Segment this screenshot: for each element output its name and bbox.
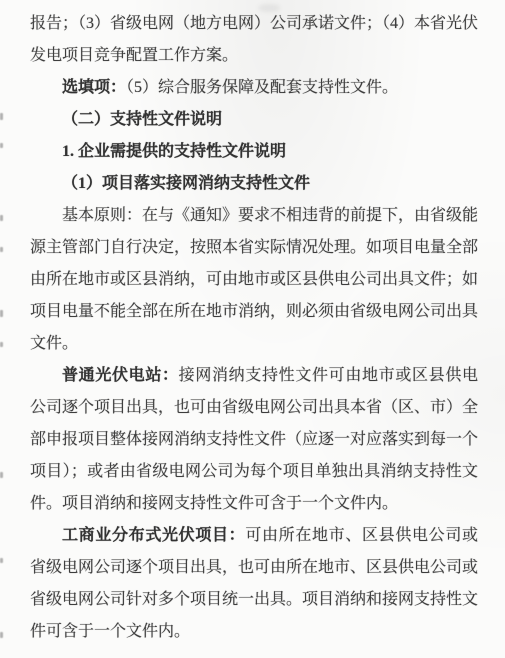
bold-run: （二）支持性文件说明 bbox=[62, 111, 222, 128]
bold-run: 工商业分布式光伏项目： bbox=[62, 527, 245, 544]
text-run: （5）综合服务保障及配套支持性文件。 bbox=[126, 79, 398, 96]
bold-run: （1）项目落实接网消纳支持性文件 bbox=[62, 175, 310, 192]
bold-run: 普通光伏电站： bbox=[62, 367, 179, 384]
body-paragraph-basic-principle: 基本原则：在与《通知》要求不相违背的前提下，由省级能源主管部门自行决定，按照本省… bbox=[30, 200, 478, 360]
optional-items-line: 选填项：（5）综合服务保障及配套支持性文件。 bbox=[30, 72, 478, 104]
body-paragraph-commercial-distributed-pv: 工商业分布式光伏项目：可由所在地市、区县供电公司或省级电网公司逐个项目出具，也可… bbox=[30, 520, 478, 648]
scan-artifact bbox=[0, 632, 3, 638]
text-run: 报告；（3）省级电网（地方电网）公司承诺文件；（4）本省光伏发电项目竞争配置工作… bbox=[30, 15, 478, 64]
body-paragraph-ordinary-pv-station: 普通光伏电站：接网消纳支持性文件可由地市或区县供电公司逐个项目出具，也可由省级电… bbox=[30, 360, 478, 520]
scan-artifact bbox=[0, 558, 3, 563]
document-page: 报告；（3）省级电网（地方电网）公司承诺文件；（4）本省光伏发电项目竞争配置工作… bbox=[0, 0, 505, 658]
subsection-heading: 1. 企业需提供的支持性文件说明 bbox=[30, 136, 478, 168]
item-heading: （1）项目落实接网消纳支持性文件 bbox=[30, 168, 478, 200]
scan-artifact bbox=[0, 113, 3, 120]
continuation-paragraph: 报告；（3）省级电网（地方电网）公司承诺文件；（4）本省光伏发电项目竞争配置工作… bbox=[30, 8, 478, 72]
scan-artifact bbox=[0, 342, 3, 347]
section-heading: （二）支持性文件说明 bbox=[30, 104, 478, 136]
text-run: 基本原则：在与《通知》要求不相违背的前提下，由省级能源主管部门自行决定，按照本省… bbox=[30, 207, 478, 352]
scan-artifact bbox=[0, 472, 3, 478]
scan-artifact bbox=[0, 247, 3, 252]
scan-artifact bbox=[0, 215, 3, 221]
document-body: 报告；（3）省级电网（地方电网）公司承诺文件；（4）本省光伏发电项目竞争配置工作… bbox=[30, 8, 478, 648]
text-run: 接网消纳支持性文件可由地市或区县供电公司逐个项目出具，也可由省级电网公司出具本省… bbox=[30, 367, 478, 512]
bold-run: 选填项： bbox=[62, 79, 126, 96]
scan-artifact bbox=[0, 310, 3, 317]
scan-artifact bbox=[0, 143, 3, 148]
bold-run: 1. 企业需提供的支持性文件说明 bbox=[62, 143, 286, 160]
